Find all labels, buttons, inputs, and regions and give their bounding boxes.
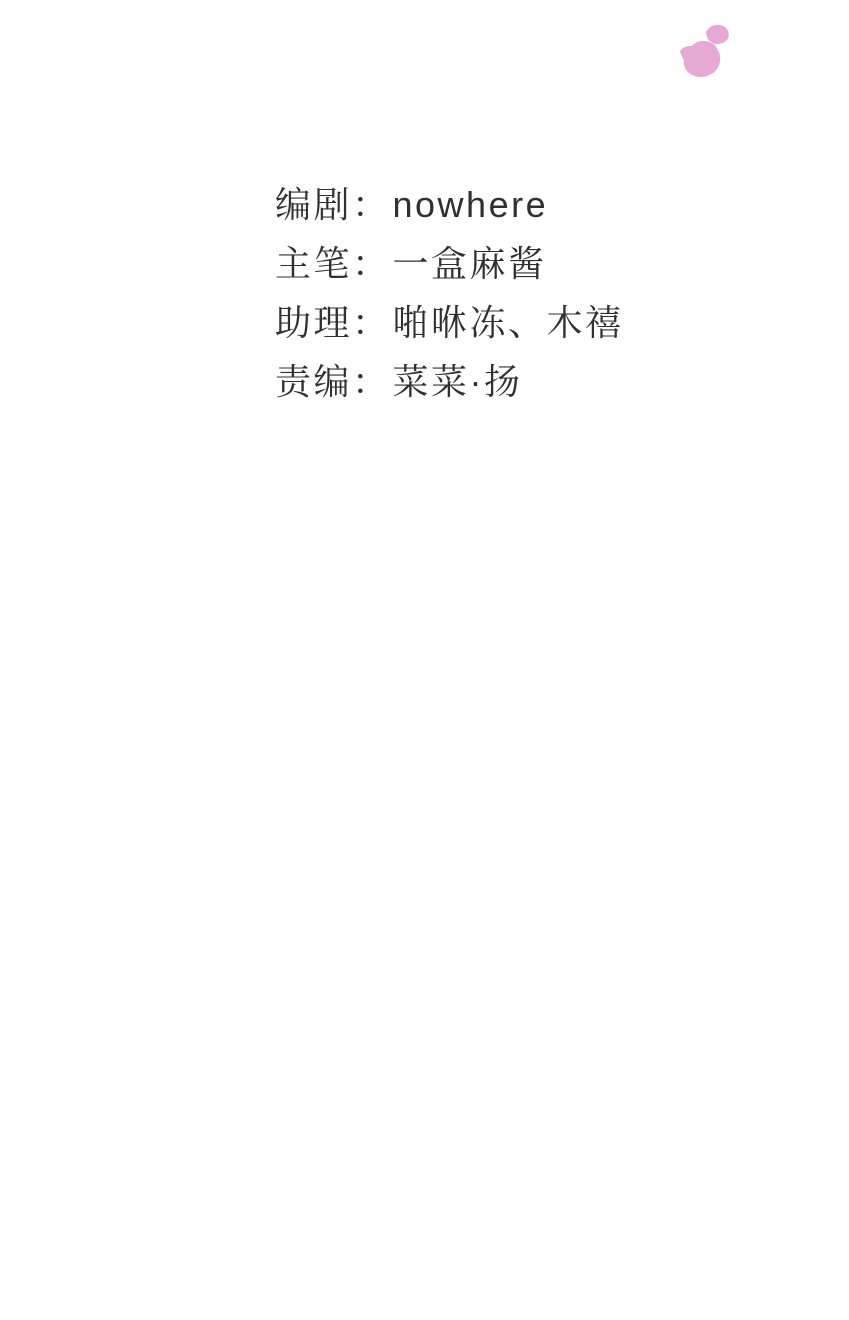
credit-row-lead-artist: 主笔：一盒麻酱 xyxy=(275,234,624,293)
pink-petal-decoration xyxy=(670,15,760,95)
petal-small-icon xyxy=(706,25,729,44)
credit-row-assistant: 助理：啪咻冻、木禧 xyxy=(275,293,624,352)
petal-large-icon xyxy=(680,41,720,77)
credit-row-editor: 责编：菜菜·扬 xyxy=(275,352,624,411)
credit-label-lead-artist: 主笔： xyxy=(275,234,391,293)
credit-row-screenwriter: 编剧：nowhere xyxy=(275,175,624,234)
credit-value-editor: 菜菜·扬 xyxy=(393,352,523,411)
comic-credits-page: 编剧：nowhere 主笔：一盒麻酱 助理：啪咻冻、木禧 责编：菜菜·扬 xyxy=(0,0,849,1320)
credits-list: 编剧：nowhere 主笔：一盒麻酱 助理：啪咻冻、木禧 责编：菜菜·扬 xyxy=(275,175,624,411)
credit-value-screenwriter: nowhere xyxy=(393,175,549,234)
credit-value-lead-artist: 一盒麻酱 xyxy=(393,234,547,293)
credit-label-screenwriter: 编剧： xyxy=(275,175,391,234)
credit-value-assistant: 啪咻冻、木禧 xyxy=(393,293,624,352)
credit-label-assistant: 助理： xyxy=(275,293,391,352)
credit-label-editor: 责编： xyxy=(275,352,391,411)
